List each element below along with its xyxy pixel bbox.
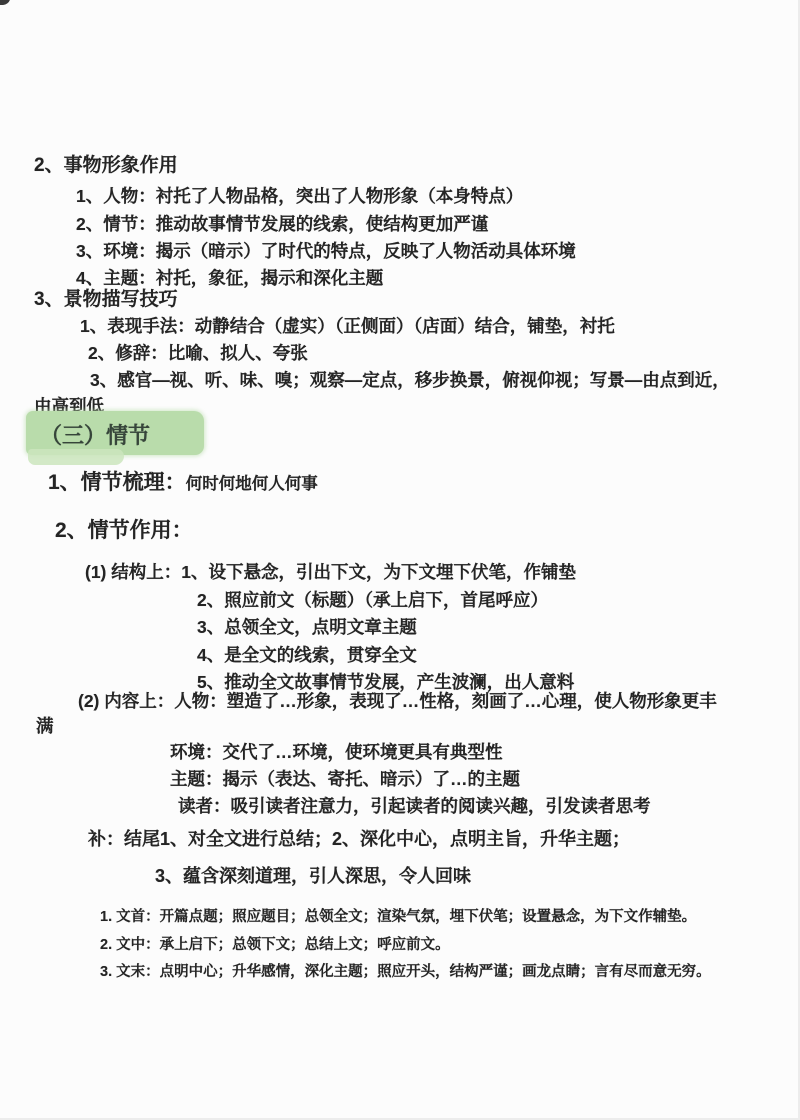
note-line: 4、主题：衬托，象征，揭示和深化主题 — [76, 268, 383, 289]
structure-item-1: 1、设下悬念，引出下文，为下文埋下伏笔，作铺垫 — [181, 562, 576, 582]
structure-item: 4、是全文的线索，贯穿全文 — [197, 645, 417, 666]
content-line-wrap: 满 — [36, 716, 54, 737]
structure-item: 5、推动全文故事情节发展，产生波澜，出人意料 — [197, 672, 574, 693]
note-line: 1、人物：衬托了人物品格，突出了人物形象（本身特点） — [76, 186, 523, 207]
green-highlight: （三）情节 — [26, 411, 204, 455]
plot-section-heading: （三）情节 — [40, 419, 150, 450]
position-note: 1. 文首：开篇点题；照应题目；总领全文；渲染气氛，埋下伏笔；设置悬念，为下文作… — [100, 909, 696, 926]
photo-corner-artifact — [0, 0, 10, 5]
supplement-line: 补：结尾1、对全文进行总结；2、深化中心，点明主旨，升华主题； — [88, 829, 630, 851]
structure-item: 2、照应前文（标题）（承上启下，首尾呼应） — [197, 590, 548, 611]
structure-label: (1) 结构上： — [85, 562, 181, 582]
content-line: (2) 内容上：人物：塑造了…形象，表现了…性格，刻画了…心理，使人物形象更丰 — [78, 691, 717, 712]
note-line: 3、感官—视、听、味、嗅；观察—定点，移步换景，俯视仰视；写景—由点到近， — [90, 370, 730, 391]
content-item: 主题：揭示（表达、寄托、暗示）了…的主题 — [170, 769, 520, 790]
notes-page: 2、事物形象作用 1、人物：衬托了人物品格，突出了人物形象（本身特点） 2、情节… — [0, 0, 800, 1120]
plot-sorting-line: 1、情节梳理：何时何地何人何事 — [48, 470, 318, 495]
content-item: 读者：吸引读者注意力，引起读者的阅读兴趣，引发读者思考 — [178, 796, 651, 817]
content-item: 环境：交代了…环境，使环境更具有典型性 — [170, 742, 503, 763]
position-note: 2. 文中：承上启下；总领下文；总结上文；呼应前文。 — [100, 937, 450, 954]
structure-item: 3、总领全文，点明文章主题 — [197, 617, 417, 638]
supplement-line: 3、蕴含深刻道理，引人深思，令人回味 — [155, 866, 471, 888]
structure-line: (1) 结构上：1、设下悬念，引出下文，为下文埋下伏笔，作铺垫 — [85, 562, 576, 583]
plot-sorting-text: 何时何地何人何事 — [186, 475, 318, 493]
section-heading-scenery-techniques: 3、景物描写技巧 — [34, 289, 178, 312]
note-line: 2、修辞：比喻、拟人、夸张 — [88, 343, 308, 364]
note-line: 3、环境：揭示（暗示）了时代的特点，反映了人物活动具体环境 — [76, 241, 576, 262]
note-line: 2、情节：推动故事情节发展的线索，使结构更加严谨 — [76, 214, 488, 235]
note-line: 1、表现手法：动静结合（虚实）（正侧面）（店面）结合，铺垫，衬托 — [80, 316, 615, 337]
position-note: 3. 文末：点明中心；升华感情，深化主题；照应开头，结构严谨；画龙点睛；言有尽而… — [100, 964, 711, 981]
section-heading-object-imagery: 2、事物形象作用 — [34, 155, 178, 178]
plot-sorting-label: 1、情节梳理： — [48, 471, 186, 494]
plot-function-heading: 2、情节作用： — [55, 518, 193, 543]
